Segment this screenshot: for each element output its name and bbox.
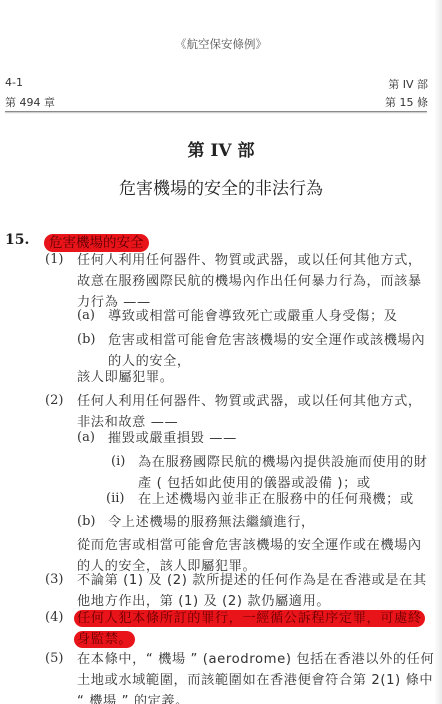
subsection-1-number: (1) (45, 252, 63, 267)
subsection-1-closing: 該人即屬犯罪。 (77, 367, 435, 388)
page-number: 4-1 (5, 76, 23, 89)
subsection-5-number: (5) (45, 651, 63, 666)
part-ref: 第 IV 部 (388, 76, 428, 92)
subsection-1-text: 任何人利用任何器件、物質或武器，或以任何其他方式，故意在服務國際民航的機場內作出… (77, 250, 435, 313)
section-heading: 危害機場的安全 (44, 231, 149, 251)
subsection-2a-i-number: (i) (111, 454, 125, 469)
subsection-1a-number: (a) (77, 308, 95, 323)
subsection-1b-number: (b) (77, 332, 95, 347)
part-subtitle: 危害機場的安全的非法行為 (0, 174, 442, 199)
subsection-3-text: 不論第 (1) 及 (2) 款所提述的任何作為是在香港或是在其他地方作出，第 (… (77, 570, 435, 612)
section-number: 15. (5, 232, 29, 248)
subsection-5-text: 在本條中，“ 機場 ” (aerodrome) 包括在香港以外的任何土地或水域範… (77, 649, 435, 704)
chapter-ref: 第 494 章 (5, 94, 55, 110)
subsection-2-text: 任何人利用任何器件、物質或武器，或以任何其他方式，非法和故意 —— (77, 391, 435, 433)
page-edge-shadow (434, 0, 442, 704)
section-ref: 第 15 條 (385, 94, 428, 110)
subsection-2-number: (2) (45, 393, 63, 408)
subsection-2a-ii-number: (ii) (106, 491, 124, 506)
ordinance-title: 《航空保安條例》 (0, 36, 442, 52)
part-title: 第 IV 部 (0, 136, 442, 161)
subsection-4-text: 任何人犯本條所訂的罪行，一經循公訴程序定罪，可處終身監禁。 (74, 608, 434, 650)
subsection-2b-text: 令上述機場的服務無法繼續進行， (108, 512, 435, 533)
subsection-3-number: (3) (45, 572, 63, 587)
subsection-2a-text: 摧毀或嚴重損毀 —— (108, 428, 435, 449)
subsection-1a-text: 導致或相當可能會導致死亡或嚴重人身受傷；及 (108, 306, 435, 327)
subsection-4-number: (4) (45, 610, 63, 625)
header-divider (5, 111, 427, 112)
subsection-2a-i-text: 為在服務國際民航的機場內提供設施而使用的財產 ( 包括如此使用的儀器或設備 )；… (138, 452, 435, 494)
subsection-4-highlight: 任何人犯本條所訂的罪行，一經循公訴程序定罪，可處終身監禁。 (74, 610, 425, 648)
subsection-1b-text: 危害或相當可能會危害該機場的安全運作或該機場內的人的安全， (108, 330, 435, 372)
subsection-2a-ii-text: 在上述機場內並非正在服務中的任何飛機；或 (138, 489, 435, 510)
subsection-2b-number: (b) (77, 514, 95, 529)
subsection-2a-number: (a) (77, 430, 95, 445)
